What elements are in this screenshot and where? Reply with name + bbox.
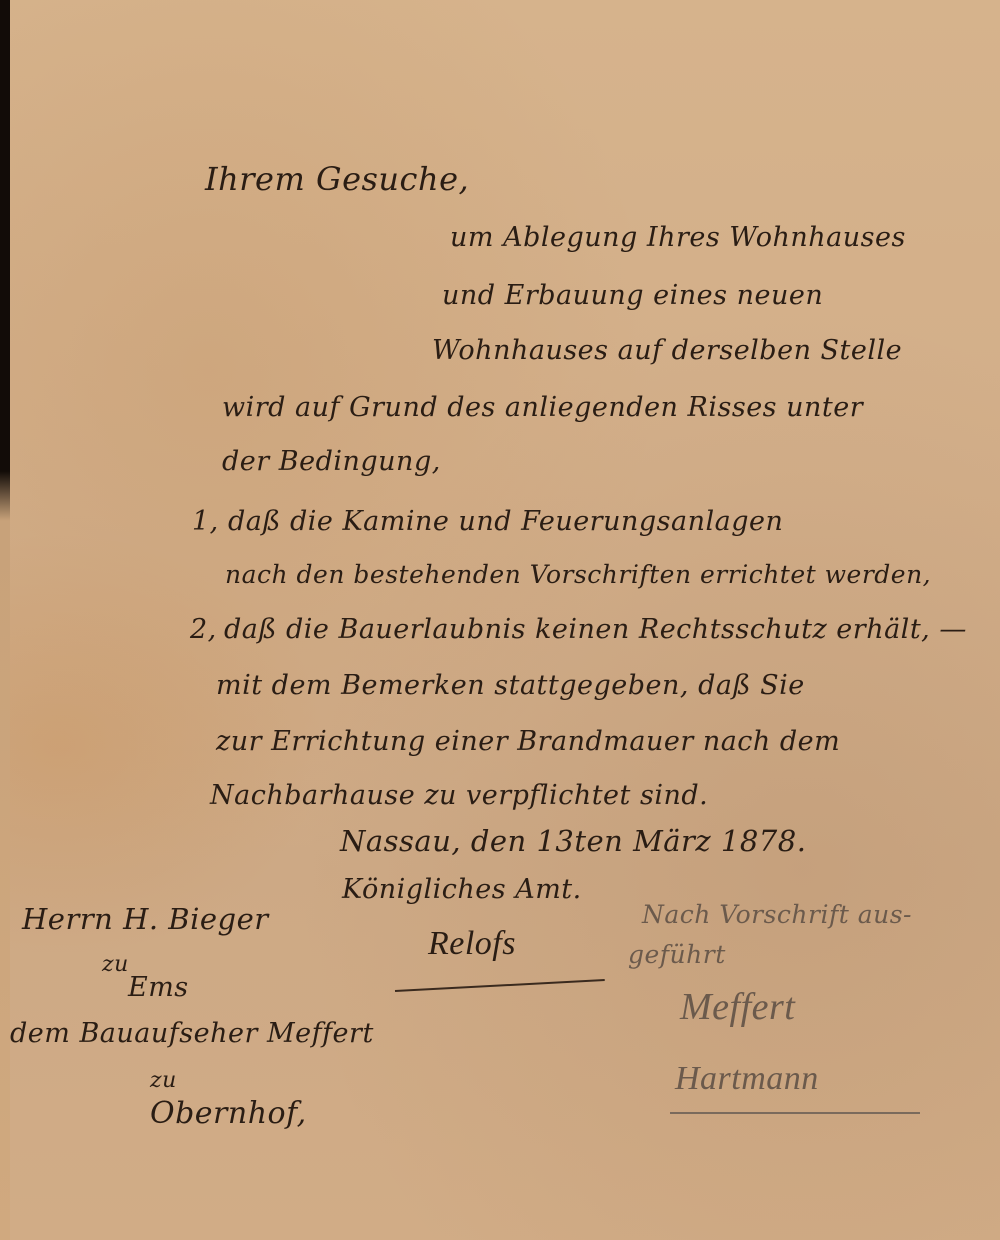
condition-line: zur Errichtung einer Brandmauer nach dem bbox=[216, 726, 840, 757]
document-page: Ihrem Gesuche, um Ablegung Ihres Wohnhau… bbox=[10, 0, 1000, 1240]
condition-line: daß die Bauerlaubnis keinen Rechtsschutz… bbox=[224, 614, 967, 645]
salutation: Ihrem Gesuche, bbox=[205, 160, 469, 198]
recipient-line: dem Bauaufseher Meffert bbox=[10, 1018, 374, 1049]
recipient-line: zu bbox=[102, 952, 129, 977]
recipient-line: zu bbox=[150, 1068, 177, 1093]
annotation-signature-hartmann: Hartmann bbox=[675, 1060, 819, 1098]
annotation-line: Nach Vorschrift aus- bbox=[642, 900, 912, 929]
recipient-line: Obernhof, bbox=[150, 1096, 307, 1131]
authority: Königliches Amt. bbox=[342, 874, 582, 905]
official-signature: Relofs bbox=[428, 925, 516, 963]
body-line: und Erbauung eines neuen bbox=[442, 280, 823, 311]
condition-number: 2, bbox=[190, 614, 217, 645]
recipient-line: Herrn H. Bieger bbox=[22, 902, 269, 936]
annotation-line: geführt bbox=[628, 940, 726, 969]
paper-edge-shadow bbox=[0, 0, 10, 1240]
body-line: um Ablegung Ihres Wohnhauses bbox=[450, 222, 906, 253]
place-date: Nassau, den 13ten März 1878. bbox=[340, 824, 806, 858]
recipient-line: Ems bbox=[128, 972, 189, 1003]
condition-line: nach den bestehenden Vorschriften errich… bbox=[225, 560, 931, 589]
condition-line: daß die Kamine und Feuerungsanlagen bbox=[228, 506, 783, 537]
condition-line: mit dem Bemerken stattgegeben, daß Sie bbox=[216, 670, 805, 701]
signature-flourish bbox=[395, 979, 605, 992]
body-line: wird auf Grund des anliegenden Risses un… bbox=[222, 392, 863, 423]
condition-number: 1, bbox=[192, 506, 219, 537]
body-line: Wohnhauses auf derselben Stelle bbox=[432, 335, 902, 366]
signature-flourish bbox=[670, 1112, 920, 1114]
condition-line: Nachbarhause zu verpflichtet sind. bbox=[210, 780, 708, 811]
body-line: der Bedingung, bbox=[222, 446, 441, 477]
annotation-signature-meffert: Meffert bbox=[680, 985, 795, 1029]
